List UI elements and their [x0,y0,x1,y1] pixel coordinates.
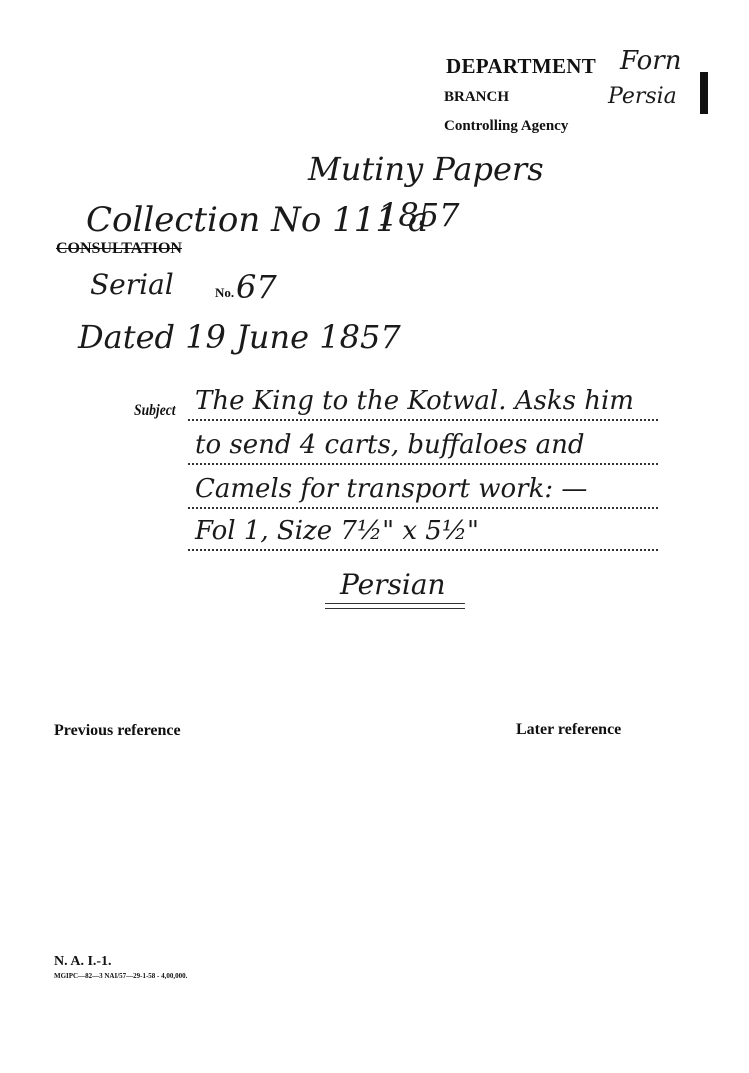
language-note: Persian [340,568,446,601]
later-reference-label: Later reference [516,721,621,739]
serial-label-handwritten: Serial [90,268,174,301]
subject-line-text: The King to the Kotwal. Asks him [195,386,634,416]
serial-no-label: No. [215,285,234,301]
subject-line-text: Fol 1, Size 7½" x 5½" [195,516,479,546]
subject-dotted-line [188,549,658,551]
subject-label: Subject [134,402,176,420]
department-label: DEPARTMENT [446,54,596,79]
scan-edge-mark [700,72,708,114]
branch-value: Persia [608,84,677,109]
form-id: N. A. I.-1. [54,954,112,970]
serial-number: 67 [236,268,277,306]
subject-line-text: to send 4 carts, buffaloes and [195,430,585,460]
subject-dotted-line [188,463,658,465]
previous-reference-label: Previous reference [54,722,181,740]
print-code: MGIPC—82—3 NAI/57—29-1-58 - 4,00,000. [54,972,187,980]
collection-title: Mutiny Papers [308,150,544,188]
dated-line: Dated 19 June 1857 [78,318,401,356]
collection-number: Collection No 111 a [86,200,428,240]
language-underline [325,603,465,609]
branch-label: BRANCH [444,89,509,106]
subject-dotted-line [188,507,658,509]
consultation-label: CONSULTATION [56,240,182,258]
controlling-agency-label: Controlling Agency [444,118,568,135]
subject-line-text: Camels for transport work: — [195,474,587,504]
subject-dotted-line [188,419,658,421]
department-value: Forn [620,46,681,76]
